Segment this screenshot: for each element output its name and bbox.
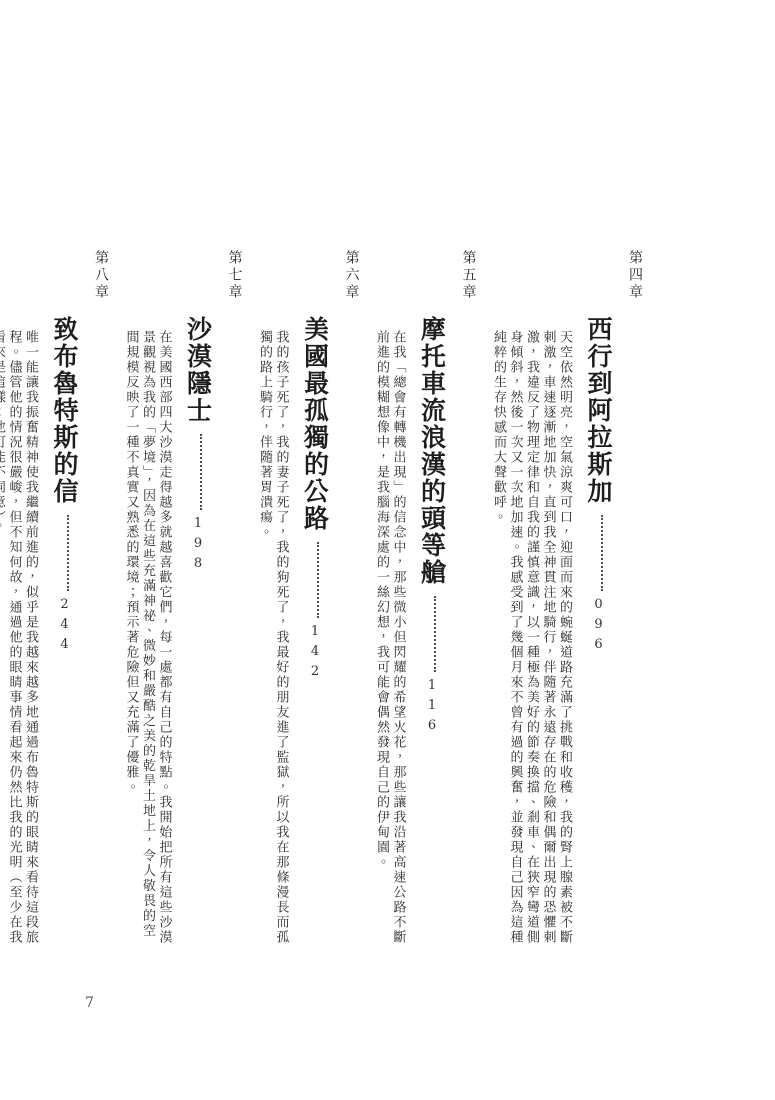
dotted-leader [67, 515, 71, 591]
chapter-title-line: 致布魯特斯的信244 [46, 250, 82, 950]
table-of-contents: 第四章 西行到阿拉斯加096 天空依然明亮，空氣涼爽可口，迎面而來的蜿蜒道路充滿… [0, 250, 647, 950]
chapter-page-number: 142 [308, 624, 323, 684]
chapter-title: 沙漠隱士 [184, 316, 213, 424]
chapter-title: 致布魯特斯的信 [50, 316, 79, 505]
chapter-label: 第五章 [459, 250, 479, 950]
toc-entry-chapter-8: 第八章 致布魯特斯的信244 唯一能讓我振奮精神使我繼續前進的，似乎是我越來越多… [0, 250, 111, 950]
book-page: 第四章 西行到阿拉斯加096 天空依然明亮，空氣涼爽可口，迎面而來的蜿蜒道路充滿… [0, 0, 775, 1100]
chapter-page-number: 244 [57, 597, 72, 657]
page-number: 7 [85, 995, 94, 1011]
toc-entry-chapter-5: 第五章 摩托車流浪漢的頭等艙116 在我「總會有轉機出現」的信念中，那些微小但閃… [373, 250, 479, 950]
toc-entry-chapter-4: 第四章 西行到阿拉斯加096 天空依然明亮，空氣涼爽可口，迎面而來的蜿蜒道路充滿… [490, 250, 646, 950]
chapter-title: 美國最孤獨的公路 [301, 316, 330, 532]
chapter-description: 唯一能讓我振奮精神使我繼續前進的，似乎是我越來越多地通過布魯特斯的眼睛來看待這段… [0, 250, 38, 950]
chapter-description: 在美國西部四大沙漠走得越多就越喜歡它們，每一處都有自己的特點。我開始把所有這些沙… [122, 250, 172, 950]
chapter-label: 第八章 [91, 250, 111, 950]
chapter-description: 在我「總會有轉機出現」的信念中，那些微小但閃耀的希望火花，那些讓我沿著高速公路不… [373, 250, 406, 950]
chapter-title: 摩托車流浪漢的頭等艙 [418, 316, 447, 586]
toc-entry-chapter-7: 第七章 沙漠隱士198 在美國西部四大沙漠走得越多就越喜歡它們，每一處都有自己的… [122, 250, 245, 950]
chapter-title-line: 摩托車流浪漢的頭等艙116 [414, 250, 450, 950]
chapter-title-line: 西行到阿拉斯加096 [580, 250, 616, 950]
dotted-leader [601, 515, 605, 591]
chapter-title: 西行到阿拉斯加 [584, 316, 613, 505]
chapter-page-number: 116 [425, 678, 440, 738]
chapter-label: 第六章 [342, 250, 362, 950]
chapter-label: 第四章 [625, 250, 645, 950]
chapter-label: 第七章 [225, 250, 245, 950]
chapter-page-number: 198 [191, 516, 206, 576]
chapter-title-line: 沙漠隱士198 [180, 250, 216, 950]
chapter-title-line: 美國最孤獨的公路142 [297, 250, 333, 950]
toc-entry-chapter-6: 第六章 美國最孤獨的公路142 我的孩子死了，我的妻子死了，我的狗死了，我最好的… [256, 250, 362, 950]
dotted-leader [317, 542, 321, 618]
chapter-page-number: 096 [591, 597, 606, 657]
chapter-description: 天空依然明亮，空氣涼爽可口，迎面而來的蜿蜒道路充滿了挑戰和收穫，我的腎上腺素被不… [490, 250, 573, 950]
dotted-leader [434, 596, 438, 672]
dotted-leader [200, 434, 204, 510]
chapter-description: 我的孩子死了，我的妻子死了，我的狗死了，我最好的朋友進了監獄，所以我在那條漫長而… [256, 250, 289, 950]
